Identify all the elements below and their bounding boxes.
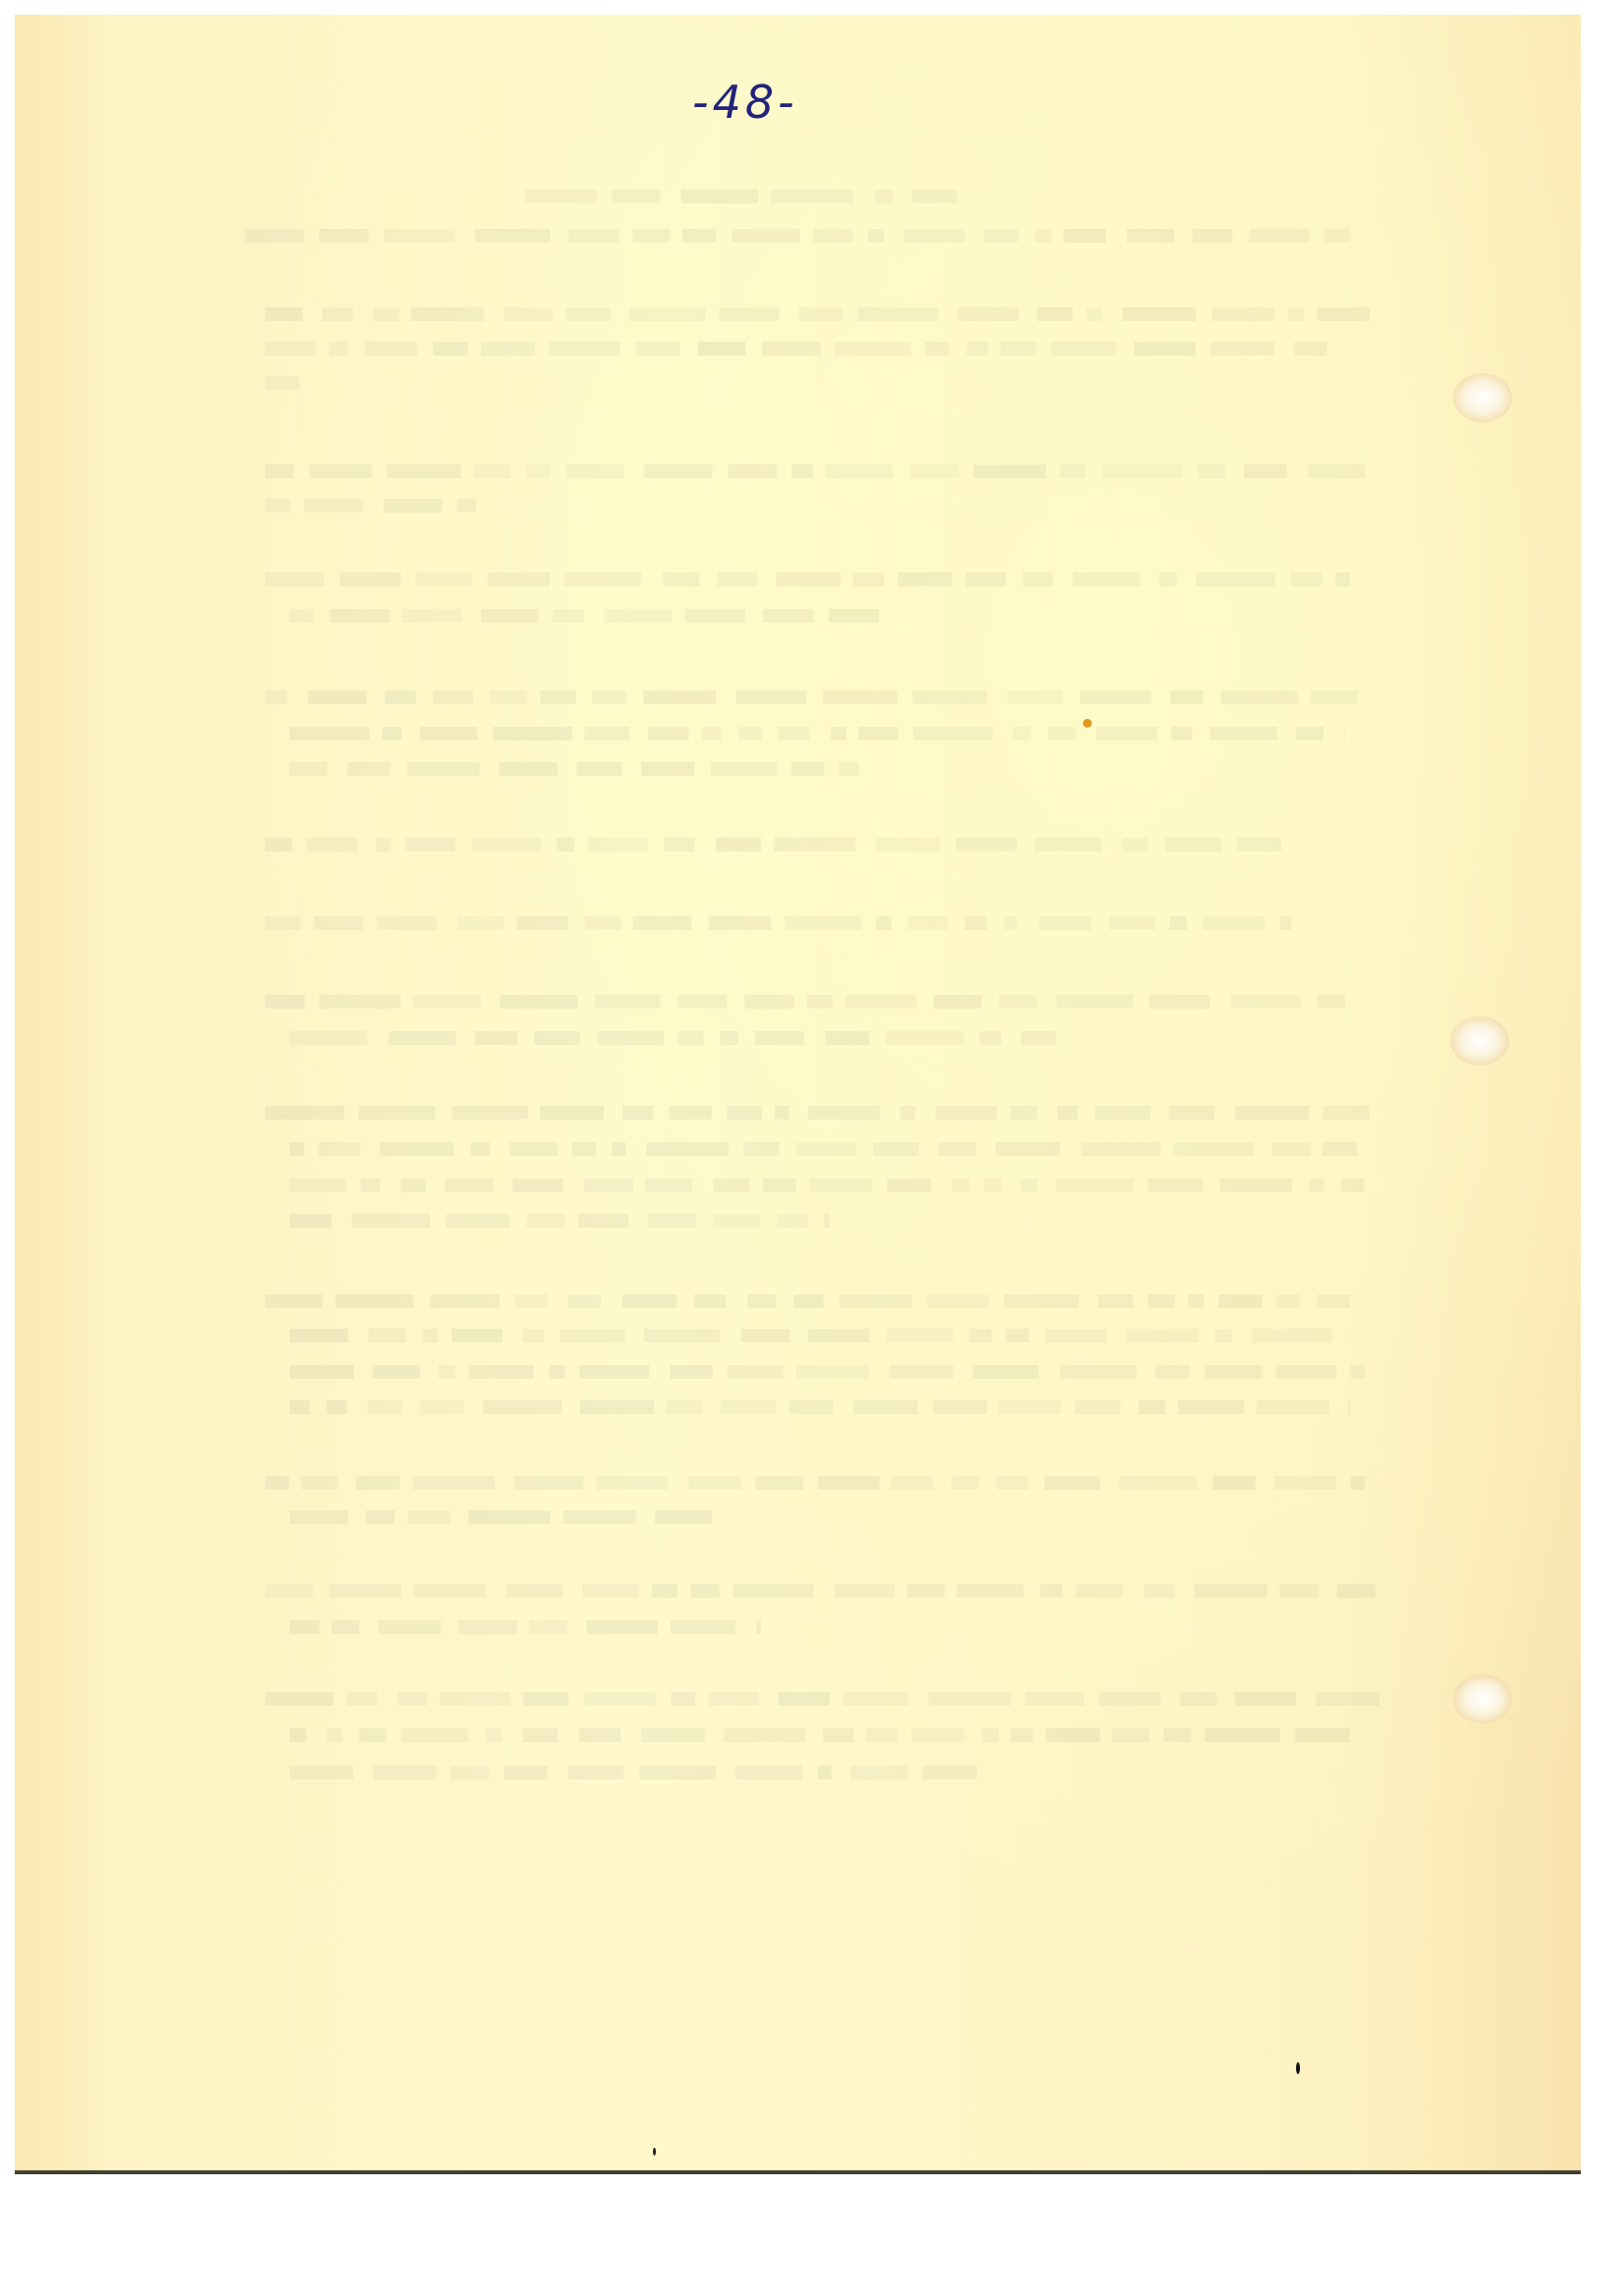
bleed-through-text — [15, 15, 1581, 2170]
ink-mark — [653, 2148, 656, 2156]
binding-hole-bottom — [1453, 1674, 1512, 1723]
ink-mark — [1296, 2062, 1300, 2074]
binding-hole-top — [1453, 373, 1512, 422]
ink-speck — [1083, 719, 1092, 728]
binding-hole-middle — [1450, 1016, 1509, 1066]
document-page: -48- — [15, 15, 1581, 2172]
